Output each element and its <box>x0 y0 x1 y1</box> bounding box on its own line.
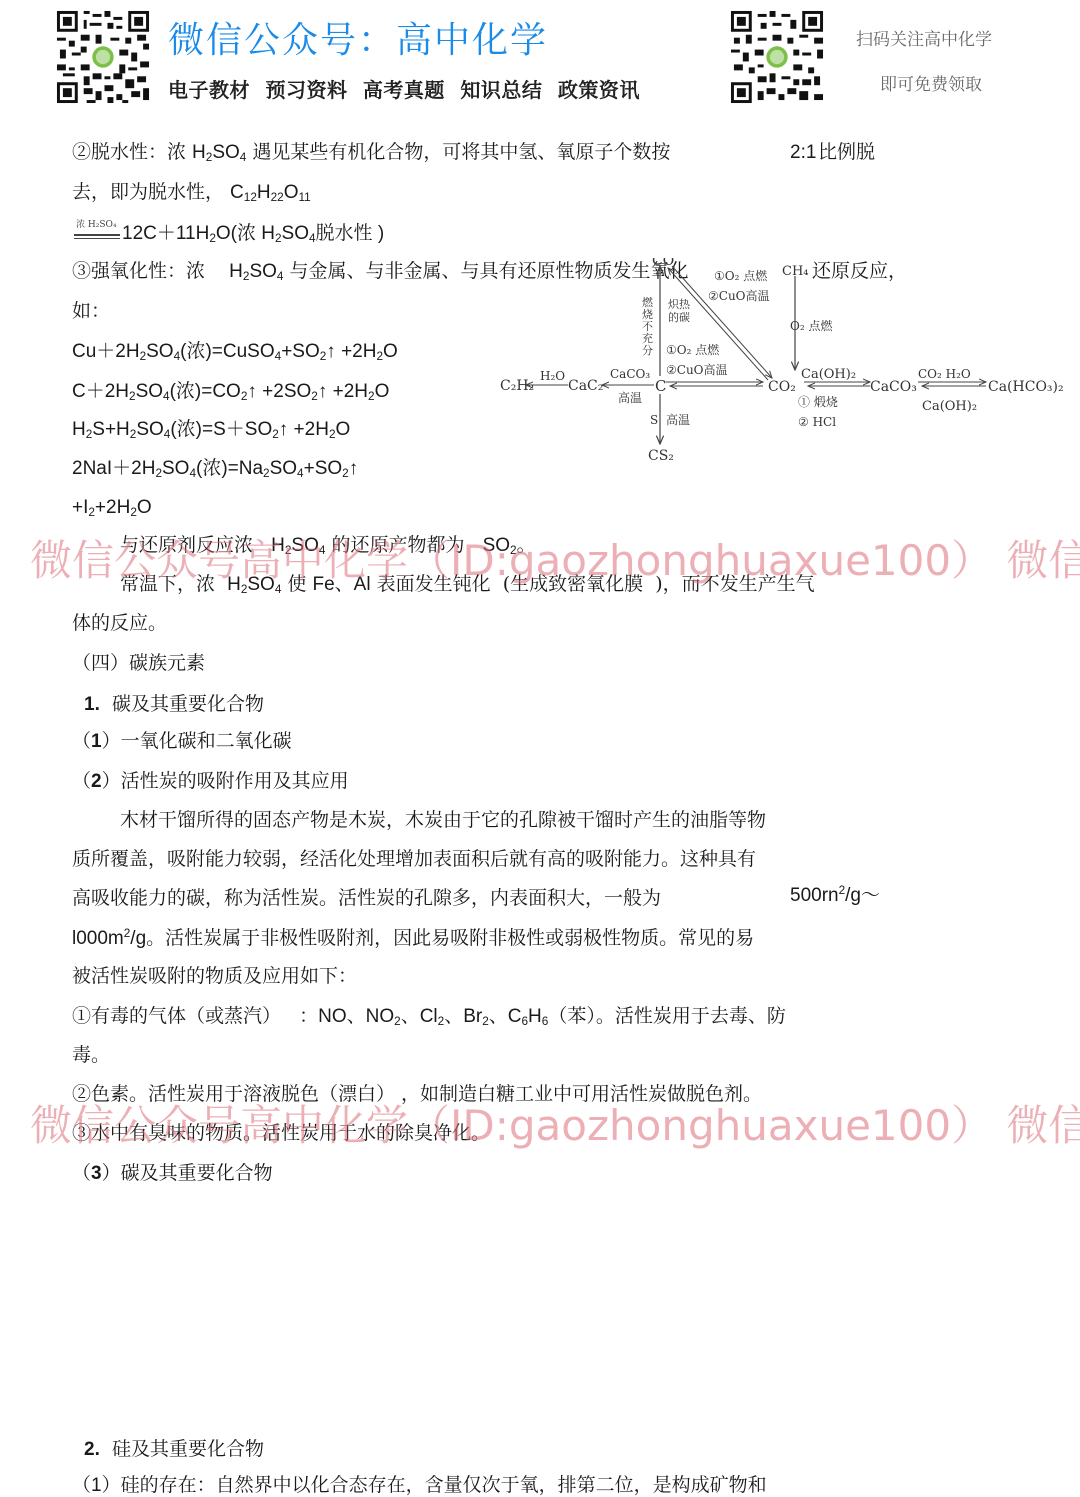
dehydration-text: 遇见某些有机化合物，可将其中氢、氧原子个数按 <box>246 141 670 163</box>
reducing-agent-note: 与还原剂反应浓 H2SO4 的还原产物都为 SO2。 <box>120 536 536 555</box>
svg-text:S: S <box>650 413 658 427</box>
equation-nai: 2NaI＋2H2SO4(浓)=Na2SO4+SO2↑ <box>72 459 358 478</box>
svg-text:Ca(OH)₂: Ca(OH)₂ <box>922 399 977 414</box>
formula-h2so4: H2SO4 <box>192 142 246 163</box>
node-ch4: CH₄ <box>782 264 809 279</box>
svg-text:的碳: 的碳 <box>668 310 690 324</box>
svg-text:H₂O: H₂O <box>540 369 565 383</box>
node-cs2: CS₂ <box>648 448 674 464</box>
reaction-arrow-icon: 浓 H₂SO₄ <box>72 222 122 242</box>
svg-text:①O₂ 点燃: ①O₂ 点燃 <box>714 268 768 283</box>
svg-text:②CuO高温: ②CuO高温 <box>708 288 770 303</box>
node-co2: CO₂ <box>768 379 796 395</box>
free-download-prompt: 即可免费领取 <box>880 70 982 95</box>
item-silicon-existence: （1）硅的存在：自然界中以化合态存在，含量仅次于氧，排第二位，是构成矿物和 <box>72 1476 767 1495</box>
banner-title: 微信公众号：高中化学 <box>168 12 548 63</box>
surface-area-min: 500rn2/g～ <box>790 886 880 905</box>
subsection-carbon-compounds: 1. 碳及其重要化合物 <box>84 695 264 714</box>
node-caco3: CaCO₃ <box>870 379 917 395</box>
para-line-2: 质所覆盖，吸附能力较弱，经活化处理增加表面积后就有高的吸附能力。这种具有 <box>72 850 756 869</box>
node-co: CO <box>652 258 674 269</box>
dehydration-equation: 12C＋11H2O(浓 H2SO4脱水性 ) <box>122 223 384 244</box>
dehydration-intro: ②脱水性：浓 <box>72 141 192 163</box>
ratio-value: 2:1 <box>790 143 816 162</box>
equation-c: C＋2H2SO4(浓)=CO2↑ +2SO2↑ +2H2O <box>72 382 389 401</box>
dehydration-line-1: ②脱水性：浓 H2SO4 遇见某些有机化合物，可将其中氢、氧原子个数按 <box>72 143 670 162</box>
equation-h2s: H2S+H2SO4(浓)=S＋SO2↑ +2H2O <box>72 420 350 439</box>
svg-text:Ca(OH)₂: Ca(OH)₂ <box>801 367 856 382</box>
svg-text:充: 充 <box>642 331 653 345</box>
para-line-5: 被活性炭吸附的物质及应用如下： <box>72 967 357 986</box>
item-activated-carbon: （2）活性炭的吸附作用及其应用 <box>72 772 349 791</box>
formula-sucrose: C12H22O11 <box>230 182 311 203</box>
para-line-1: 木材干馏所得的固态产物是木炭，木炭由于它的孔隙被干馏时产生的油脂等物 <box>120 811 766 830</box>
node-c: C <box>655 377 666 395</box>
qr-code-left <box>54 8 152 106</box>
qr-code-right <box>728 8 826 106</box>
svg-text:②CuO高温: ②CuO高温 <box>666 362 728 377</box>
node-cahco3: Ca(HCO₃)₂ <box>988 379 1064 395</box>
para-line-4: l000m2/g。活性炭属于非极性吸附剂，因此易吸附非极性或弱极性物质。常见的易 <box>72 929 754 948</box>
item-carbon-compounds: （3）碳及其重要化合物 <box>72 1164 273 1183</box>
use-odor: ③水中有臭味的物质。活性炭用于水的除臭净化。 <box>72 1124 490 1143</box>
svg-text:燃: 燃 <box>642 295 654 309</box>
node-c2h2: C₂H₂ <box>500 378 534 394</box>
use-toxic-gas-cont: 毒。 <box>72 1046 110 1065</box>
use-toxic-gas: ①有毒的气体（或蒸汽） ：NO、NO2、Cl2、Br2、C6H6（苯）。活性炭用… <box>72 1007 786 1026</box>
svg-text:② HCl: ② HCl <box>798 415 836 429</box>
banner-subtitle: 电子教材 预习资料 高考真题 知识总结 政策资讯 <box>168 74 640 103</box>
passivation-note-cont: 体的反应。 <box>72 614 167 633</box>
dehydration-line-2-text: 去，即为脱水性， <box>72 181 230 203</box>
use-pigment: ②色素。活性炭用于溶液脱色（漂白） ，如制造白糖工业中可用活性炭做脱色剂。 <box>72 1085 762 1104</box>
svg-text:O₂ 点燃: O₂ 点燃 <box>790 318 833 333</box>
equation-cu: Cu＋2H2SO4(浓)=CuSO4+SO2↑ +2H2O <box>72 342 398 361</box>
svg-text:①O₂ 点燃: ①O₂ 点燃 <box>666 342 720 357</box>
svg-text:高温: 高温 <box>666 412 690 427</box>
dehydration-line-2: 去，即为脱水性， C12H22O11 <box>72 183 311 202</box>
svg-text:CaCO₃: CaCO₃ <box>610 367 650 381</box>
dehydration-line-3: 浓 H₂SO₄ 12C＋11H2O(浓 H2SO4脱水性 ) <box>72 222 384 243</box>
equation-nai-cont: +I2+2H2O <box>72 498 152 517</box>
scan-prompt: 扫码关注高中化学 <box>856 25 992 50</box>
qr-code-icon <box>728 8 826 106</box>
subsection-silicon-compounds: 2. 硅及其重要化合物 <box>84 1440 264 1459</box>
para-line-3: 高吸收能力的碳，称为活性炭。活性炭的孔隙多，内表面积大，一般为 <box>72 889 661 908</box>
svg-text:高温: 高温 <box>618 390 642 405</box>
oxidizing-line-2: 如： <box>72 302 110 321</box>
ratio-suffix: 比例脱 <box>818 143 875 162</box>
node-cac2: CaC₂ <box>568 378 603 394</box>
svg-text:炽热: 炽热 <box>668 297 691 311</box>
svg-text:分: 分 <box>642 343 653 357</box>
svg-text:烧: 烧 <box>642 307 653 321</box>
qr-code-icon <box>54 8 152 106</box>
svg-text:CO₂ H₂O: CO₂ H₂O <box>918 367 971 381</box>
passivation-note: 常温下，浓 H2SO4 使 Fe、Al 表面发生钝化 (生成致密氧化膜 )，而不… <box>120 575 815 594</box>
carbon-reaction-diagram: CO CH₄ ①O₂ 点燃 ②CuO高温 O₂ 点燃 燃 烧 不 充 分 炽热 … <box>498 258 1068 468</box>
section-title-carbon-group: （四）碳族元素 <box>72 654 205 673</box>
item-co-co2: （1）一氧化碳和二氧化碳 <box>72 732 292 751</box>
svg-text:① 煅烧: ① 煅烧 <box>798 394 838 409</box>
